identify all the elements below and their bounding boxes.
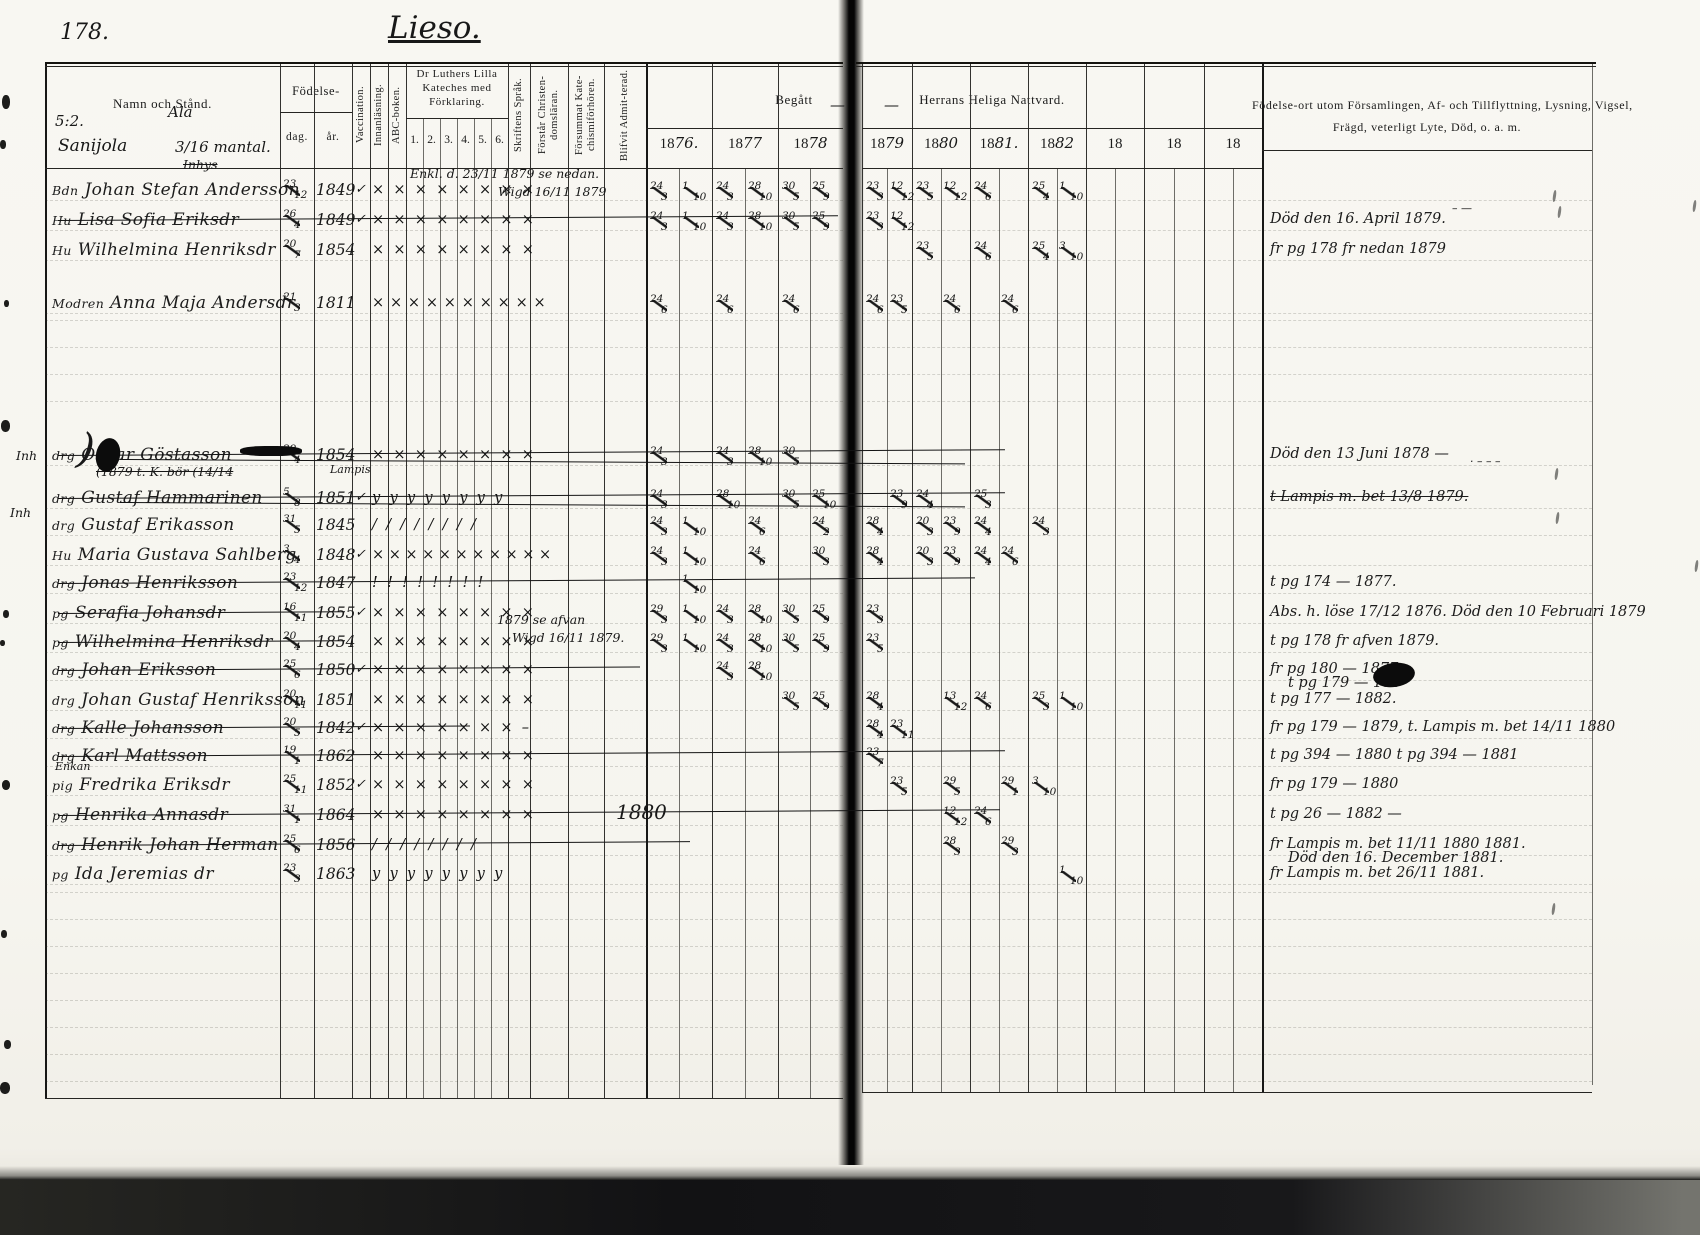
grid-line	[45, 919, 843, 920]
grid-line	[862, 260, 1592, 261]
vaccination-mark: ✓	[355, 605, 366, 620]
communion-date: 1312	[943, 693, 967, 715]
row-name: pigFredrika Eriksdr	[52, 775, 230, 795]
year-written: 77	[743, 134, 762, 152]
fraction-part: 6	[294, 844, 301, 856]
birth-year: 1863	[316, 865, 355, 883]
grid-line	[1028, 62, 1029, 1092]
year-printed: 18	[728, 136, 743, 152]
grid-line	[45, 62, 843, 64]
grid-line	[45, 1027, 843, 1028]
fraction-part: 5	[927, 191, 934, 203]
communion-date: 259	[812, 635, 836, 657]
grid-line	[45, 884, 843, 885]
year-header-right-0: 1879	[862, 134, 912, 153]
mantal-share: 3/16 mantal.	[175, 138, 271, 156]
fraction-part: 1	[294, 814, 301, 826]
communion-date: 233	[866, 606, 890, 628]
forstar-header: Förstår Christen-domsläran.	[530, 66, 568, 164]
fraction-part: 1	[1059, 180, 1066, 192]
communion-date: 235	[916, 183, 940, 205]
fraction-part: 3	[727, 671, 734, 683]
birth-year-header: år.	[314, 131, 352, 143]
fraction-part: 3	[294, 302, 301, 314]
fraction-part: 3	[661, 526, 668, 538]
scan-noise	[0, 1082, 10, 1094]
grid-line	[862, 62, 863, 1092]
fraction-part: 10	[693, 191, 706, 203]
year-header-right-5: 18	[1144, 134, 1204, 153]
birth-year: 1864	[316, 806, 355, 824]
grid-line	[1086, 62, 1087, 1092]
scan-noise	[3, 610, 9, 618]
birth-day-fraction: 58	[283, 489, 307, 511]
fraction-part: 1	[294, 755, 301, 767]
margin-note-2: Död den 16. December 1881.	[1288, 850, 1503, 866]
communion-date: 253	[1032, 693, 1056, 715]
communion-date: 246	[650, 296, 674, 318]
communion-date: 246	[974, 243, 998, 265]
fraction-part: 3	[985, 499, 992, 511]
year-printed: 18	[870, 136, 885, 152]
grid-line	[862, 680, 1592, 681]
fraction-part: 7	[877, 757, 884, 769]
communion-date: 293	[1001, 838, 1025, 860]
communion-date: 293	[650, 606, 674, 628]
reading-marks: ××××××××	[372, 662, 543, 678]
birth-day-fraction: 205	[283, 719, 307, 741]
communion-date: 2810	[748, 663, 772, 685]
fraction-part: 3	[294, 873, 301, 885]
communion-date: 246	[748, 548, 772, 570]
fraction-part: 10	[693, 584, 706, 596]
fraction-part: 10	[693, 614, 706, 626]
communion-date: 246	[974, 183, 998, 205]
reading-marks: ××××××××	[372, 777, 543, 793]
birth-year: 1850	[316, 661, 355, 679]
communion-date: 242	[812, 518, 836, 540]
communion-date: 259	[812, 693, 836, 715]
fraction-part: 3	[661, 221, 668, 233]
birth-year: 1854	[316, 446, 355, 464]
handwritten-annotation: Wigd 16/11 1879	[498, 184, 606, 199]
communion-date: 243	[1032, 518, 1056, 540]
fraction-part: 9	[823, 614, 830, 626]
innanlasning-header: Innanläsning.	[370, 66, 388, 164]
vaccination-mark: ✓	[355, 720, 366, 735]
fraction-part: 3	[1012, 846, 1019, 858]
scan-noise	[1692, 200, 1697, 212]
communion-date: 246	[1001, 296, 1025, 318]
fraction-part: 12	[954, 191, 967, 203]
grid-line	[45, 825, 843, 826]
fraction-part: 3	[727, 221, 734, 233]
fraction-part: 10	[1043, 786, 1056, 798]
fraction-part: 4	[294, 641, 301, 653]
margin-note: fr pg 179 — 1879, t. Lampis m. bet 14/11…	[1270, 719, 1615, 735]
handwritten-annotation: 1880	[616, 800, 667, 824]
grid-line	[862, 623, 1592, 624]
reading-marks: !!!!!!!!	[372, 575, 493, 591]
birth-day-fraction: 1611	[283, 604, 307, 626]
catechism-col-3: 3.	[440, 134, 457, 146]
grid-line	[862, 313, 1592, 314]
year-written: 80	[939, 134, 958, 152]
fraction-part: 4	[927, 499, 934, 511]
fraction-part: 12	[294, 582, 307, 594]
birth-year: 1854	[316, 633, 355, 651]
grid-line	[862, 593, 1592, 594]
communion-date: 110	[1059, 867, 1083, 889]
name-column-header: Namn och Stånd.	[45, 96, 280, 112]
fraction-part: 3	[877, 614, 884, 626]
grid-line	[862, 401, 1592, 402]
fraction-part: 1	[682, 515, 689, 527]
birth-day-fraction: 191	[283, 747, 307, 769]
row-status-prefix: drg	[52, 518, 75, 533]
fraction-part: 3	[661, 643, 668, 655]
fraction-part: 6	[1012, 556, 1019, 568]
fraction-part: 6	[759, 556, 766, 568]
fraction-part: 9	[823, 643, 830, 655]
year-printed: 18	[924, 136, 939, 152]
handwritten-annotation: (1879 t. K. bör (14/14	[96, 464, 233, 479]
grid-line	[862, 795, 1592, 796]
fraction-part: 5	[294, 727, 301, 739]
birth-day-fraction: 311	[283, 806, 307, 828]
communion-header: Herrans Heliga Nattvard.	[872, 92, 1112, 108]
grid-line	[862, 168, 1262, 169]
fraction-part: 4	[1043, 191, 1050, 203]
grid-line	[862, 200, 1592, 201]
row-name: pgIda Jeremias dr	[52, 864, 214, 884]
scan-noise	[4, 300, 9, 307]
handwritten-annotation: Lampis	[330, 463, 371, 476]
margin-note: t Lampis m. bet 13/8 1879.	[1270, 489, 1468, 505]
row-status-prefix: drg	[52, 693, 75, 708]
fraction-part: 6	[294, 669, 301, 681]
communion-date: 235	[890, 778, 914, 800]
grid-line	[862, 973, 1592, 974]
fraction-part: 10	[693, 643, 706, 655]
communion-date: 243	[650, 518, 674, 540]
grid-line	[810, 168, 811, 1098]
communion-date: 303	[812, 548, 836, 570]
grid-line	[862, 1092, 1592, 1093]
communion-date: 310	[1059, 243, 1083, 265]
grid-line	[45, 1000, 843, 1001]
margin-note: t pg 26 — 1882 —	[1270, 806, 1402, 822]
fraction-part: 3	[927, 556, 934, 568]
grid-line	[862, 738, 1592, 739]
grid-line	[862, 535, 1592, 536]
fraction-part: 10	[1070, 875, 1083, 887]
grid-line	[45, 374, 843, 375]
scan-noise	[1694, 560, 1699, 572]
fraction-part: 3	[1043, 701, 1050, 713]
fraction-part: 10	[693, 221, 706, 233]
margin-note: t pg 177 — 1882.	[1270, 691, 1397, 707]
blifvit-header: Blifvit Admit-terad.	[604, 66, 646, 164]
communion-date: 110	[1059, 183, 1083, 205]
handwritten-annotation: – —	[1452, 202, 1472, 215]
skriftens-header: Skriftens Språk.	[508, 66, 530, 164]
fraction-part: 1	[682, 545, 689, 557]
fraction-part: 1	[1012, 786, 1019, 798]
grid-line	[45, 1098, 843, 1099]
communion-date: 235	[866, 635, 890, 657]
communion-date: 305	[782, 606, 806, 628]
reading-marks: ×××××××××××	[372, 547, 556, 563]
fraction-part: 3	[1043, 526, 1050, 538]
birth-day-fraction: 233	[283, 865, 307, 887]
scan-noise	[4, 1040, 11, 1049]
fraction-part: 5	[793, 643, 800, 655]
row-name: BdnJohan Stefan Andersson	[52, 180, 300, 200]
ink-blot	[240, 446, 302, 456]
fraction-part: 1	[682, 632, 689, 644]
communion-date: 284	[866, 518, 890, 540]
communion-date: 1212	[890, 213, 914, 235]
fraction-part: 11	[294, 784, 307, 796]
scan-noise	[1, 420, 10, 432]
communion-date: 2810	[748, 183, 772, 205]
fraction-part: 5	[294, 524, 301, 536]
communion-date: 1212	[890, 183, 914, 205]
scan-noise	[1555, 512, 1560, 524]
communion-date: 246	[782, 296, 806, 318]
birth-year: 1847	[316, 574, 355, 592]
fraction-part: 6	[727, 304, 734, 316]
grid-line	[862, 884, 1592, 885]
year-printed: 18	[1226, 136, 1241, 152]
notes-header-line1: Födelse-ort utom Församlingen, Af- och T…	[1252, 98, 1602, 113]
grid-line	[1233, 168, 1234, 1092]
birth-day-fraction: 315	[283, 516, 307, 538]
vaccination-mark: ✓	[355, 547, 366, 562]
fraction-part: 10	[1070, 251, 1083, 263]
fraction-part: 5	[793, 701, 800, 713]
grid-line	[280, 62, 281, 1098]
birth-year: 1845	[316, 516, 355, 534]
reading-marks: ××××××××	[372, 807, 543, 823]
fraction-part: 5	[877, 643, 884, 655]
grid-line	[45, 1081, 843, 1082]
handwritten-annotation: Inhys	[183, 157, 218, 172]
year-header-right-3: 1882	[1028, 134, 1086, 153]
fraction-part: 2	[823, 526, 830, 538]
communion-date: 239	[890, 491, 914, 513]
row-status-prefix: Bdn	[52, 183, 78, 198]
grid-line	[862, 128, 1262, 129]
margin-note: fr Lampis m. bet 26/11 1881.	[1270, 865, 1484, 881]
handwritten-annotation: —	[884, 96, 899, 114]
grid-line	[45, 66, 843, 67]
birth-day-fraction: 34	[283, 546, 307, 568]
birth-year: 1862	[316, 747, 355, 765]
grid-line	[862, 565, 1592, 566]
grid-line	[45, 593, 843, 594]
scan-noise	[1557, 206, 1562, 218]
communion-date: 259	[812, 183, 836, 205]
reading-marks: yyyyyyyy	[372, 866, 512, 882]
grid-line	[862, 919, 1592, 920]
year-header-right-4: 18	[1086, 134, 1144, 153]
communion-date: 233	[866, 213, 890, 235]
vaccination-mark: ✓	[355, 182, 366, 197]
reading-marks: ////////	[372, 517, 485, 533]
margin-note: Död den 13 Juni 1878 —	[1270, 446, 1449, 462]
begatt-header: Begått	[752, 92, 836, 108]
communion-date: 110	[682, 518, 706, 540]
fraction-part: 4	[877, 526, 884, 538]
fraction-part: 7	[294, 249, 301, 261]
communion-date: 254	[1032, 183, 1056, 205]
row-status-prefix: Modren	[52, 296, 104, 311]
reading-marks: ××××××××	[372, 242, 543, 258]
year-header-right-6: 18	[1204, 134, 1262, 153]
communion-date: 235	[890, 296, 914, 318]
scan-noise	[0, 140, 6, 149]
margin-note: Abs. h. löse 17/12 1876. Död den 10 Febr…	[1270, 604, 1646, 620]
fraction-part: 5	[927, 251, 934, 263]
fraction-part: 6	[985, 816, 992, 828]
fraction-part: 10	[1070, 191, 1083, 203]
grid-line	[314, 62, 315, 1098]
scanned-church-record-page: 178. Lieso. 5:2. Ala Sanijola 3/16 manta…	[0, 0, 1700, 1235]
fraction-part: 6	[1012, 304, 1019, 316]
catechism-col-2: 2.	[423, 134, 440, 146]
grid-line	[856, 62, 1596, 64]
handwritten-annotation: 1879 se afvan	[497, 612, 585, 627]
fraction-part: 3	[283, 543, 290, 555]
fraction-part: 9	[823, 191, 830, 203]
row-status-prefix: Hu	[52, 243, 72, 258]
fraction-part: 3	[927, 526, 934, 538]
fraction-part: 12	[901, 191, 914, 203]
birth-year: 1811	[316, 294, 355, 312]
year-written: 76.	[675, 134, 699, 152]
grid-line	[745, 168, 746, 1098]
fraction-part: 1	[1059, 864, 1066, 876]
grid-line	[646, 128, 843, 129]
communion-date: 246	[748, 518, 772, 540]
fraction-part: 3	[877, 221, 884, 233]
grid-line	[1174, 168, 1175, 1092]
fraction-part: 3	[1032, 775, 1039, 787]
fraction-part: 4	[877, 729, 884, 741]
row-status-prefix: pg	[52, 867, 69, 882]
fraction-part: 11	[294, 612, 307, 624]
grid-line	[862, 766, 1592, 767]
grid-line	[862, 347, 1592, 348]
row-name: ModrenAnna Maja Andersdr	[52, 293, 295, 313]
page-fold	[838, 0, 864, 1165]
fraction-part: 12	[954, 816, 967, 828]
page-title: Lieso.	[388, 10, 481, 46]
fraction-part: 3	[727, 643, 734, 655]
birth-day-fraction: 2312	[283, 574, 307, 596]
communion-date: 203	[916, 518, 940, 540]
handwritten-annotation: —	[830, 96, 845, 114]
communion-date: 246	[1001, 548, 1025, 570]
fraction-part: 6	[793, 304, 800, 316]
communion-date: 305	[782, 635, 806, 657]
birth-day-fraction: 207	[283, 241, 307, 263]
fraction-part: 4	[294, 219, 301, 231]
communion-date: 2311	[890, 721, 914, 743]
grid-line	[856, 66, 1596, 67]
fraction-part: 10	[759, 643, 772, 655]
communion-date: 110	[682, 183, 706, 205]
communion-date: 293	[650, 635, 674, 657]
grid-line	[1204, 62, 1205, 1092]
fraction-part: 11	[294, 699, 307, 711]
year-written: 82	[1055, 134, 1074, 152]
communion-date: 110	[682, 635, 706, 657]
reading-marks: ××××××××××	[372, 295, 552, 311]
fraction-part: 6	[985, 701, 992, 713]
scan-noise	[1551, 903, 1556, 915]
year-header-left-0: 1876.	[646, 134, 712, 153]
communion-date: 1212	[943, 183, 967, 205]
communion-date: 243	[716, 635, 740, 657]
year-printed: 18	[980, 136, 995, 152]
fraction-part: 3	[877, 191, 884, 203]
handwritten-annotation: Enkl. d. 23/11 1879 se nedan.	[410, 166, 599, 181]
reading-marks: ××××××××	[372, 692, 543, 708]
reading-marks: ////////	[372, 837, 485, 853]
row-status-prefix: pig	[52, 778, 73, 793]
birth-day-fraction: 204	[283, 633, 307, 655]
birth-day-header: dag.	[280, 131, 314, 143]
fraction-part: 3	[1059, 240, 1066, 252]
catechism-col-4: 4.	[457, 134, 474, 146]
communion-date: 110	[1059, 693, 1083, 715]
communion-date: 243	[650, 548, 674, 570]
fraction-part: 6	[985, 191, 992, 203]
birth-year: 1848	[316, 546, 355, 564]
scan-noise	[1, 930, 7, 938]
grid-line	[45, 401, 843, 402]
vaccination-mark: ✓	[355, 662, 366, 677]
fraction-part: 5	[793, 614, 800, 626]
grid-line	[862, 320, 1592, 321]
communion-date: 244	[916, 491, 940, 513]
communion-date: 291	[1001, 778, 1025, 800]
fraction-part: 3	[661, 191, 668, 203]
communion-date: 246	[943, 296, 967, 318]
grid-line	[941, 168, 942, 1092]
fraction-part: 6	[985, 251, 992, 263]
year-printed: 18	[660, 136, 675, 152]
fraction-part: 5	[901, 304, 908, 316]
year-header-left-2: 1878	[778, 134, 843, 153]
grid-line	[45, 710, 843, 711]
grid-line	[45, 892, 843, 893]
fraction-part: 5	[954, 786, 961, 798]
year-printed: 18	[1167, 136, 1182, 152]
communion-date: 235	[916, 243, 940, 265]
vaccination-mark: ✓	[355, 777, 366, 792]
grid-line	[1144, 62, 1145, 1092]
birth-day-fraction: 213	[283, 294, 307, 316]
fraction-part: 1	[682, 603, 689, 615]
communion-date: 2810	[748, 635, 772, 657]
fraction-part: 10	[1070, 701, 1083, 713]
fraction-part: 4	[985, 526, 992, 538]
grid-line	[862, 652, 1592, 653]
